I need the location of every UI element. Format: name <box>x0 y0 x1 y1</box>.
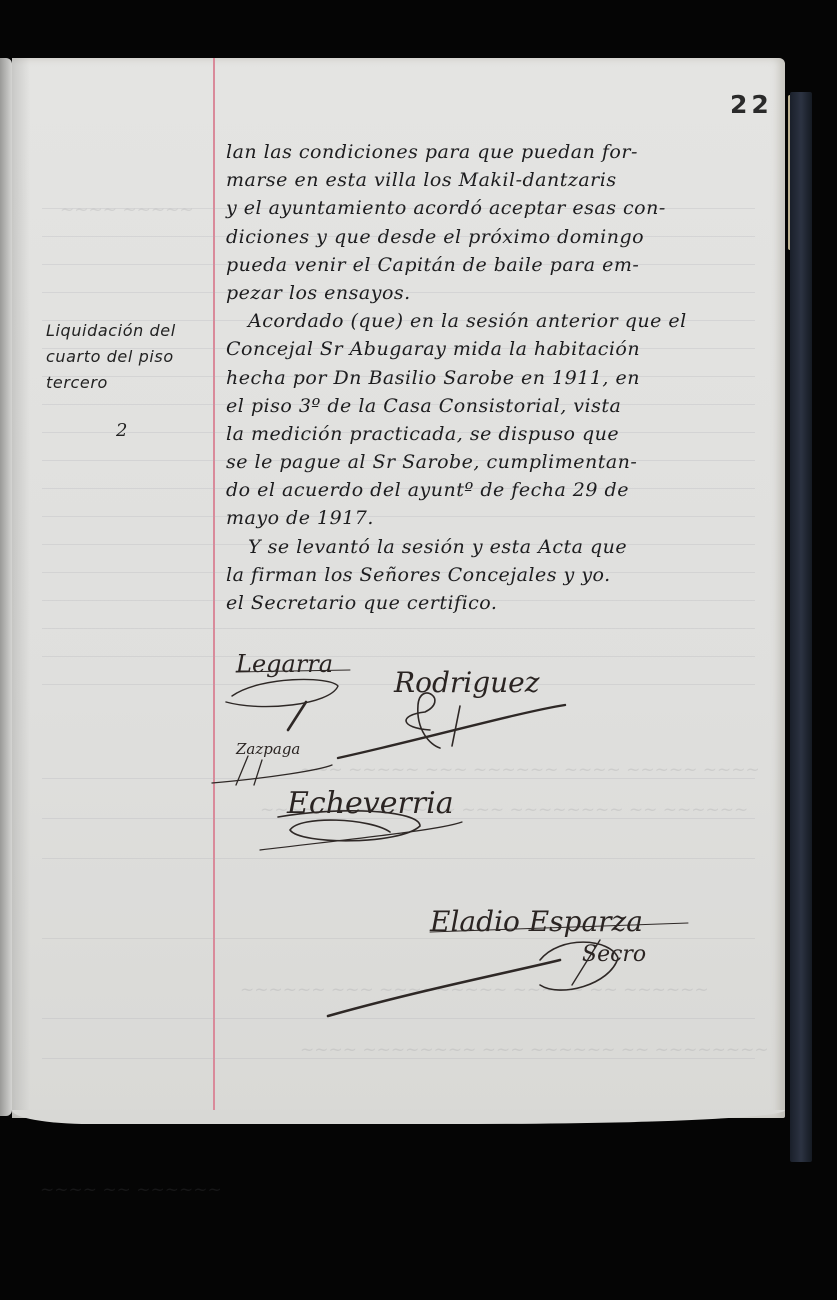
signature-flourishes <box>0 0 837 1300</box>
